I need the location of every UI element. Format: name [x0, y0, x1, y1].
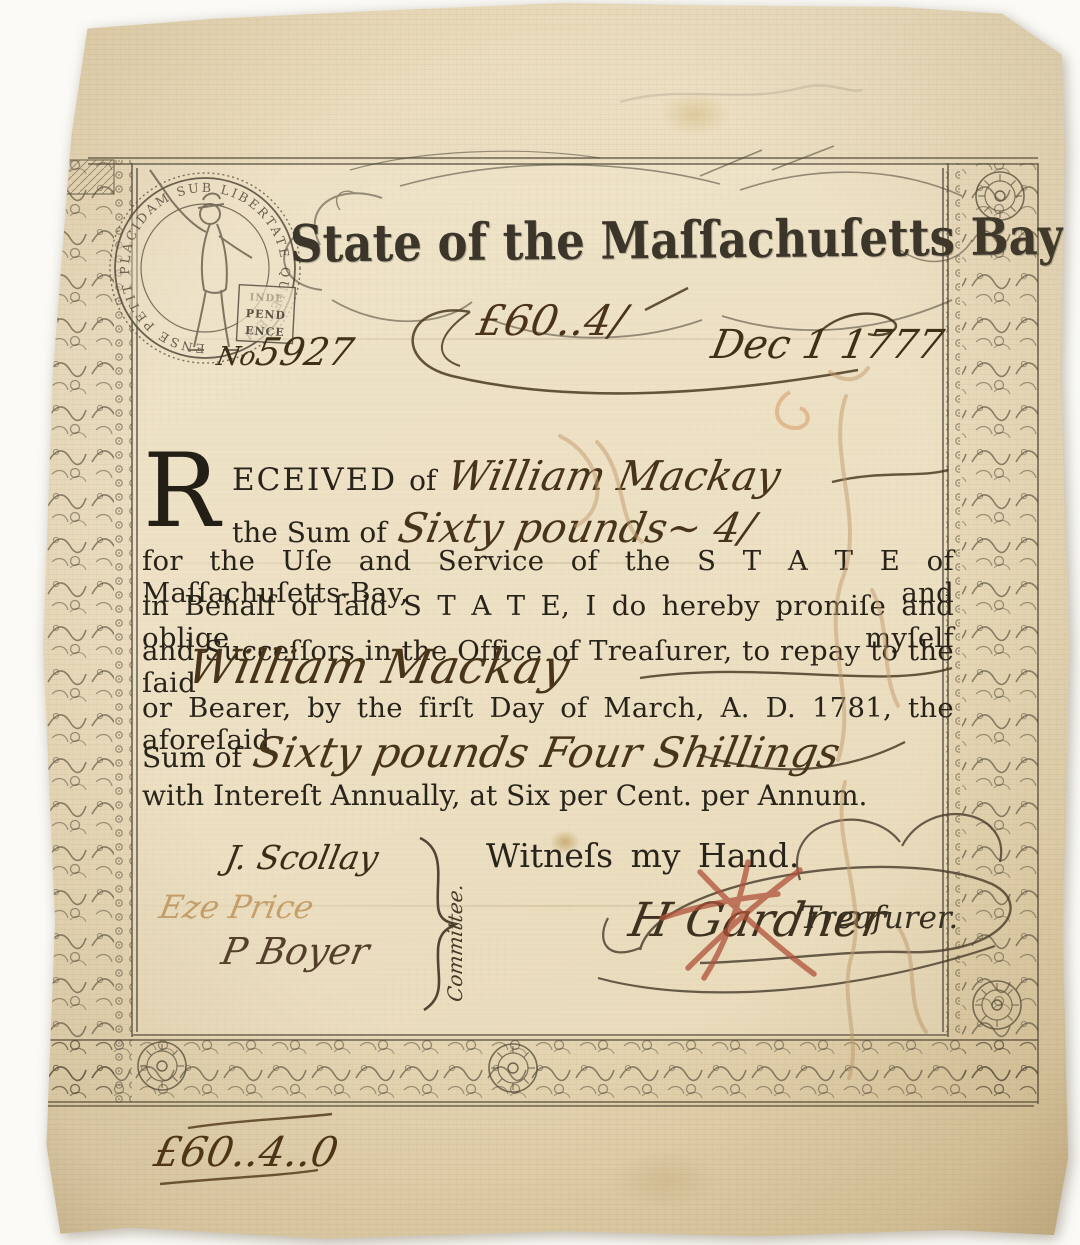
left-border-band — [40, 160, 114, 1104]
sum2-prefix: Sum of — [142, 741, 242, 774]
signature-boyer: P Boyer — [218, 930, 373, 973]
footer-total: £60..4..0 — [150, 1128, 342, 1176]
document-paper: ENSE PETIT PLACIDAM SUB LIBERTATE QUIETE… — [0, 0, 1080, 1245]
document-title: State of the Maſſachuſetts Bay — [290, 207, 990, 274]
bottom-border-band — [40, 1040, 1038, 1102]
serial-number-prefix: No — [214, 342, 258, 372]
scan-background: ENSE PETIT PLACIDAM SUB LIBERTATE QUIETE… — [0, 0, 1080, 1245]
body-line-5: with Intereſt Annually, at Six per Cent.… — [142, 779, 867, 812]
right-border-band — [962, 163, 1038, 1104]
signature-scollay: J. Scollay — [222, 838, 382, 877]
received-of: of — [409, 464, 436, 497]
payee-name-1: William Mackay — [444, 452, 785, 500]
witness-text: Witneſs my Hand. — [486, 836, 799, 875]
received-line: ECEIVED of William Mackay — [232, 452, 780, 500]
tablet-line-1: INDE — [249, 292, 284, 305]
crease-3 — [43, 905, 1058, 907]
paper-wrap: ENSE PETIT PLACIDAM SUB LIBERTATE QUIETE… — [0, 0, 1080, 1245]
corner-hatch — [42, 160, 114, 194]
crease-2 — [43, 562, 1058, 564]
committee-label: Committee. — [443, 882, 467, 1003]
received-word: ECEIVED — [232, 462, 397, 498]
sum-script-2: Sixty pounds Four Shillings — [249, 728, 844, 777]
drop-cap: R — [143, 450, 220, 534]
payee-name-2: William Mackay — [183, 640, 574, 695]
signature-price: Eze Price — [156, 888, 317, 926]
serial-number-value: 5927 — [252, 330, 357, 374]
date-field: Dec 1 1777 — [708, 322, 948, 368]
sum-line-2: Sum of Sixty pounds Four Shillings — [142, 728, 839, 777]
crease-1 — [43, 338, 1058, 340]
serial-number: No5927 — [214, 330, 358, 374]
tablet-line-2: PEND — [245, 307, 286, 322]
